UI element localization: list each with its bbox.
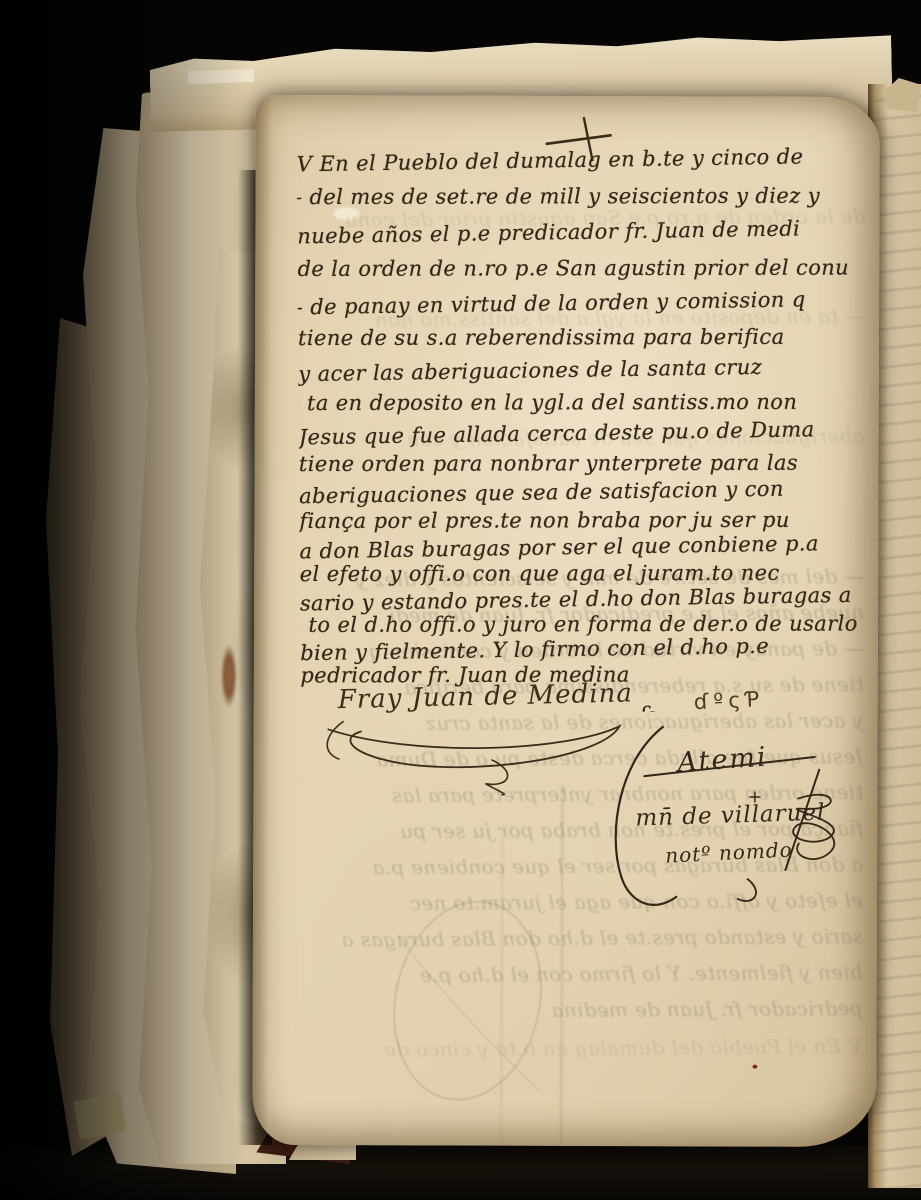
- ink-speck: [752, 1065, 757, 1069]
- manuscript-line: de la orden de n.ro p.e San agustin prio…: [298, 255, 850, 280]
- manuscript-page: de la orden de n.ro p.e San agustin prio…: [252, 95, 880, 1147]
- manuscript-line: tiene orden para nonbrar ynterprete para…: [299, 451, 798, 476]
- baybayin-signature: ɗºςƤ: [693, 687, 765, 714]
- manuscript-line: — de panay en virtud de la orden y comis…: [297, 287, 806, 319]
- notary-ante-mi: Atemi: [677, 742, 769, 779]
- manuscript-line: a don Blas buragas por ser el que conbie…: [299, 531, 819, 563]
- page-crease: [560, 786, 563, 1146]
- manuscript-photo: de la orden de n.ro p.e San agustin prio…: [0, 0, 921, 1200]
- manuscript-line: fiança por el pres.te non braba por ju s…: [299, 508, 789, 533]
- manuscript-line: el efeto y offi.o con que aga el juram.t…: [300, 561, 780, 586]
- manuscript-line: V En el Pueblo del dumalag en b.te y cin…: [297, 144, 804, 176]
- ghost-line: bien y fielmente. Y lo firmo con el d.ho…: [267, 960, 863, 988]
- manuscript-line: Jesus que fue allada cerca deste pu.o de…: [299, 417, 815, 449]
- manuscript-line: — to el d.ho offi.o y juro en forma de d…: [297, 611, 858, 637]
- manuscript-line: tiene de su s.a reberendissima para beri…: [298, 325, 785, 350]
- ghost-line: V En el Pueblo del dumalag en b.te y cin…: [266, 1034, 862, 1062]
- page-left-deckle: [252, 95, 272, 1145]
- manuscript-line: sario y estando pres.te el d.ho don Blas…: [300, 583, 852, 616]
- manuscript-line: y acer las aberiguaciones de la santa cr…: [298, 355, 762, 386]
- manuscript-line: — del mes de set.re de mill y seisciento…: [297, 184, 820, 209]
- signature-flourish: [313, 695, 643, 796]
- paper-fragment: [188, 69, 254, 84]
- ghost-flourish-showthrough: [372, 885, 563, 1116]
- manuscript-line: — ta en deposito en la ygl.a del santiss…: [297, 390, 798, 415]
- manuscript-line: nuebe años el p.e predicador fr. Juan de…: [297, 216, 800, 248]
- ghost-line: pedricador fr. Juan de medina: [267, 996, 863, 1024]
- manuscript-text-block: V En el Pueblo del dumalag en b.te y cin…: [297, 144, 880, 714]
- manuscript-line: aberiguaciones que sea de satisfacion y …: [299, 477, 784, 509]
- page-crease: [500, 836, 503, 1147]
- manuscript-line: bien y fielmente. Y lo firmo con el d.ho…: [300, 634, 769, 665]
- rust-stain: [221, 644, 237, 708]
